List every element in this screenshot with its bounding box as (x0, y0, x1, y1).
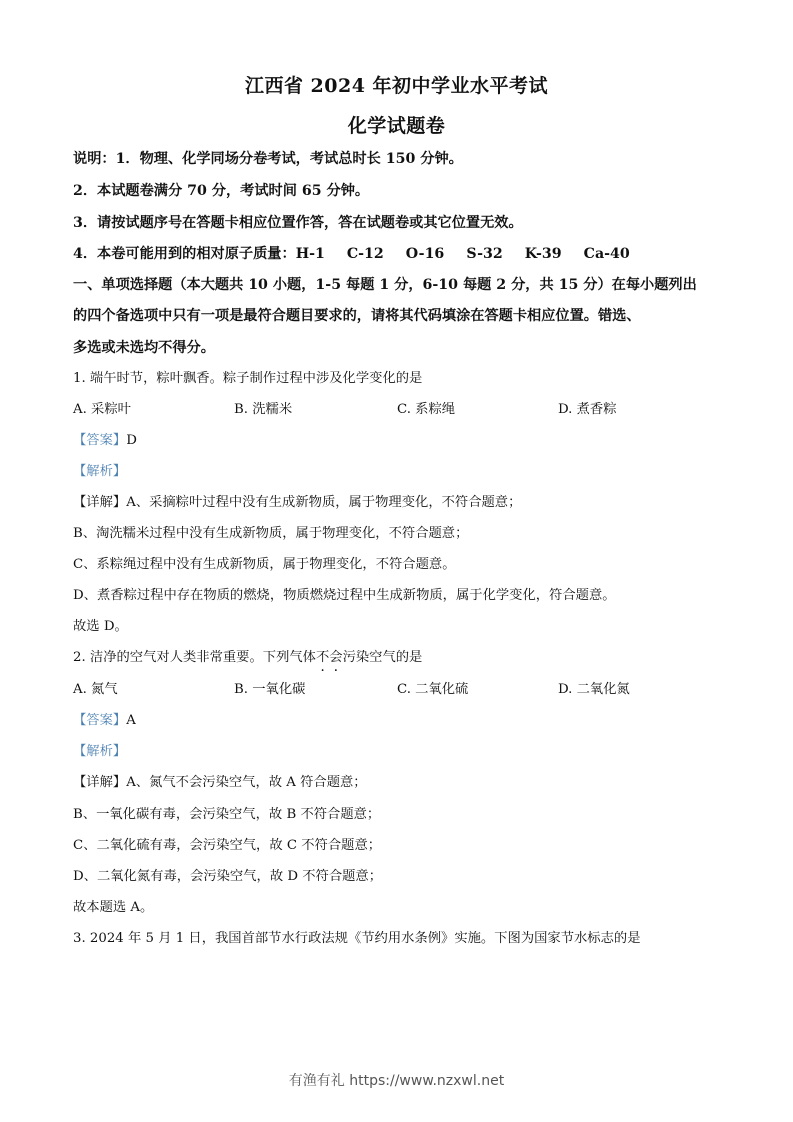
footer-watermark: 有渔有礼 https://www.nzxwl.net (0, 1070, 793, 1090)
question-2-option-a: A. 氮气 (73, 681, 118, 699)
question-1-analysis-label: 【解析】 (73, 463, 126, 481)
emphasis-char: 会 (329, 650, 342, 665)
section-heading-line-1: 一、单项选择题（本大题共 10 小题，1-5 每题 1 分，6-10 每题 2 … (73, 276, 697, 294)
question-1-detail-a: 【详解】A、采摘粽叶过程中没有生成新物质，属于物理变化，不符合题意； (73, 494, 521, 512)
question-2-detail-a: 【详解】A、氮气不会污染空气，故 A 符合题意； (73, 774, 367, 792)
question-3-stem: 3. 2024 年 5 月 1 日，我国首部节水行政法规《节约用水条例》实施。下… (73, 930, 641, 948)
question-2-stem: 2. 洁净的空气对人类非常重要。下列气体不会污染空气的是 (73, 649, 422, 667)
question-1-option-a: A. 采粽叶 (73, 401, 131, 419)
question-2-option-c: C. 二氧化硫 (397, 681, 468, 699)
section-heading-line-3: 多选或未选均不得分。 (73, 339, 215, 357)
question-2-option-b: B. 一氧化碳 (234, 681, 305, 699)
question-1-stem: 1. 端午时节，粽叶飘香。粽子制作过程中涉及化学变化的是 (73, 370, 422, 388)
question-2-analysis-label: 【解析】 (73, 743, 126, 761)
question-2-conclusion: 故本题选 A。 (73, 899, 153, 917)
answer-label: 【答案】 (73, 713, 126, 728)
answer-label: 【答案】 (73, 433, 126, 448)
document-page: 江西省 2024 年初中学业水平考试 化学试题卷 说明：1．物理、化学同场分卷考… (0, 0, 793, 1122)
atom-mass: S-32 (466, 246, 502, 262)
question-1-detail-b: B、淘洗糯米过程中没有生成新物质，属于物理变化，不符合题意； (73, 525, 468, 543)
question-2-detail-c: C、二氧化硫有毒，会污染空气，故 C 不符合题意； (73, 837, 381, 855)
question-1-answer: 【答案】D (73, 432, 137, 450)
stem-text: 2. 洁净的空气对人类非常重要。下列气体 (73, 650, 316, 665)
note-1: 说明：1．物理、化学同场分卷考试，考试总时长 150 分钟。 (73, 150, 463, 168)
atom-mass: O-16 (406, 246, 445, 262)
atom-mass: H-1 (296, 246, 325, 262)
question-2-option-d: D. 二氧化氮 (558, 681, 630, 699)
emphasis-char: 不 (316, 650, 329, 665)
answer-value: D (126, 433, 137, 448)
question-1-conclusion: 故选 D。 (73, 618, 128, 636)
exam-subtitle: 化学试题卷 (0, 111, 793, 138)
question-2-answer: 【答案】A (73, 712, 136, 730)
question-1-detail-d: D、煮香粽过程中存在物质的燃烧，物质燃烧过程中生成新物质，属于化学变化，符合题意… (73, 587, 616, 605)
question-1-option-b: B. 洗糯米 (234, 401, 292, 419)
atom-mass: K-39 (525, 246, 562, 262)
question-1-option-d: D. 煮香粽 (558, 401, 617, 419)
note-3: 3．请按试题序号在答题卡相应位置作答，答在试题卷或其它位置无效。 (73, 214, 523, 232)
detail-label: 【详解】 (73, 775, 126, 790)
atom-mass: C-12 (347, 246, 384, 262)
detail-text: A、采摘粽叶过程中没有生成新物质，属于物理变化，不符合题意； (126, 495, 521, 510)
detail-text: A、氮气不会污染空气，故 A 符合题意； (126, 775, 366, 790)
detail-label: 【详解】 (73, 495, 126, 510)
note-4: 4．本卷可能用到的相对原子质量：H-1C-12O-16S-32K-39Ca-40 (73, 245, 630, 263)
section-heading-line-2: 的四个备选项中只有一项是最符合题目要求的，请将其代码填涂在答题卡相应位置。错选、 (73, 307, 641, 325)
question-2-detail-d: D、二氧化氮有毒，会污染空气，故 D 不符合题意； (73, 868, 382, 886)
exam-title: 江西省 2024 年初中学业水平考试 (0, 71, 793, 98)
question-2-detail-b: B、一氧化碳有毒，会污染空气，故 B 不符合题意； (73, 806, 380, 824)
atom-mass: Ca-40 (584, 246, 630, 262)
note-4-prefix: 4．本卷可能用到的相对原子质量： (73, 246, 296, 262)
stem-text: 污染空气的是 (343, 650, 423, 665)
question-1-option-c: C. 系粽绳 (397, 401, 455, 419)
note-2: 2．本试题卷满分 70 分，考试时间 65 分钟。 (73, 182, 369, 200)
answer-value: A (126, 713, 136, 728)
question-1-detail-c: C、系粽绳过程中没有生成新物质，属于物理变化，不符合题意。 (73, 556, 456, 574)
